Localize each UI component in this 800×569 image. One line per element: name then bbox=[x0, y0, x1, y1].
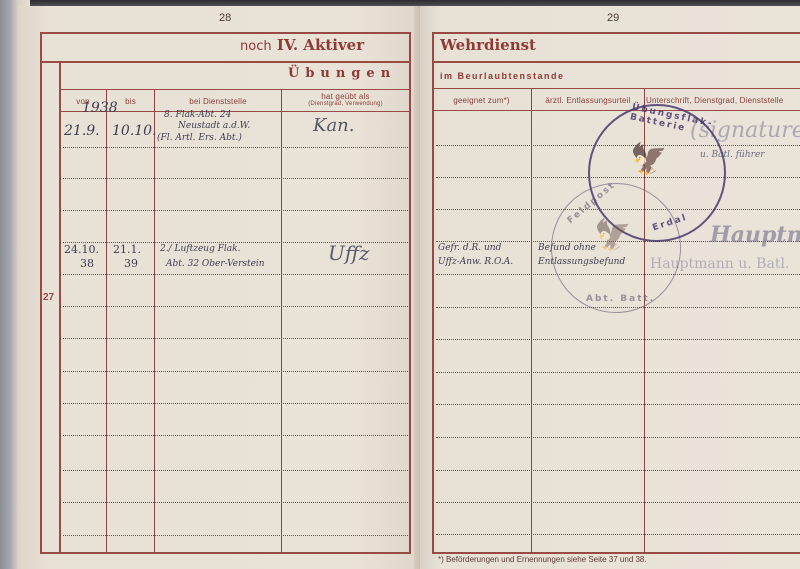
left-page-number: 28 bbox=[219, 12, 231, 24]
col-line-geeignet-urteil bbox=[531, 88, 532, 553]
eagle-icon: 🦅 bbox=[630, 142, 667, 177]
entry2-dienststelle-line1: 2./ Luftzeug Flak. bbox=[160, 244, 241, 255]
header-dienststelle: bei Dienststelle bbox=[155, 97, 281, 106]
header-hat-geuebt-als-sublabel: (Dienstgrad, Verwendung) bbox=[282, 101, 409, 108]
entry1-bis: 10.10. bbox=[112, 126, 157, 137]
row-line bbox=[63, 435, 408, 436]
left-margin-line bbox=[59, 61, 61, 553]
row-line bbox=[63, 306, 408, 307]
row-line bbox=[436, 502, 800, 503]
right-title-divider bbox=[432, 61, 800, 63]
row-line bbox=[436, 437, 800, 438]
entry1-dienststelle-line2: Neustadt a.d.W. bbox=[178, 121, 250, 132]
entry1-dienststelle-line3: (Fl. Artl. Ers. Abt.) bbox=[157, 133, 242, 144]
entry2-hat-geuebt-als: Uffz bbox=[328, 248, 370, 259]
row-line bbox=[436, 372, 800, 373]
row-line bbox=[436, 534, 800, 535]
header-unterschrift: Unterschrift, Dienstgrad, Dienststelle bbox=[646, 96, 800, 105]
entry2-bis-date: 21.1. bbox=[113, 244, 141, 255]
right-header-divider bbox=[432, 110, 800, 111]
left-title: noch IV. Aktiver bbox=[240, 36, 364, 54]
entry1-dienststelle-line1: 8. Flak-Abt. 24 bbox=[164, 110, 231, 121]
eagle-icon: 🦅 bbox=[594, 218, 631, 253]
row-line bbox=[63, 371, 408, 372]
row-line bbox=[63, 338, 408, 339]
header-geeignet-zum: geeignet zum*) bbox=[432, 96, 531, 105]
row-line bbox=[63, 403, 408, 404]
entry2-bis-year: 39 bbox=[124, 258, 138, 269]
row-line bbox=[436, 404, 800, 405]
row-line bbox=[63, 470, 408, 471]
entry2-signature: Hauptmann bbox=[710, 222, 800, 248]
entry2-von-year: 38 bbox=[80, 258, 94, 269]
row-line bbox=[63, 535, 408, 536]
section-beurlaubtenstande: im Beurlaubtenstande bbox=[440, 71, 565, 81]
entry1-hat-geuebt-als: Kan. bbox=[313, 120, 355, 131]
title-prefix: noch bbox=[240, 39, 272, 54]
stamp-lower-text-bottom: Abt. Batt. bbox=[586, 294, 655, 304]
entry2-geeignet-line1: Gefr. d.R. und bbox=[438, 243, 501, 254]
entry2-dienststelle-line2: Abt. 32 Ober-Verstein bbox=[166, 259, 265, 270]
header-hat-geuebt-als: hat geübt als (Dienstgrad, Verwendung) bbox=[282, 92, 409, 108]
footnote: *) Beförderungen und Ernennungen siehe S… bbox=[438, 555, 647, 564]
right-title: Wehrdienst bbox=[440, 36, 536, 54]
row-line bbox=[436, 339, 800, 340]
section-uebungen: Übungen bbox=[288, 66, 396, 81]
left-title-divider bbox=[40, 61, 411, 63]
header-entlassungsurteil: ärztl. Entlassungsurteil bbox=[532, 96, 644, 105]
row-line bbox=[63, 178, 408, 179]
header-hat-geuebt-als-label: hat geübt als bbox=[321, 92, 369, 101]
left-section-divider bbox=[60, 89, 411, 90]
entry2-von-date: 24.10. bbox=[64, 244, 99, 255]
row-line bbox=[63, 210, 408, 211]
entry2-geeignet-line2: Uffz-Anw. R.O.A. bbox=[438, 257, 513, 268]
row-line bbox=[63, 502, 408, 503]
title-main: IV. Aktiver bbox=[277, 36, 364, 54]
row-line bbox=[63, 274, 408, 275]
row-line bbox=[63, 147, 408, 148]
margin-page-ref: 27 bbox=[43, 292, 54, 303]
row-line bbox=[436, 470, 800, 471]
col-line-dienststelle-geuebt bbox=[281, 89, 282, 553]
right-section-divider bbox=[432, 88, 800, 89]
entry1-year: 1938 bbox=[82, 103, 118, 114]
right-page-number: 29 bbox=[607, 12, 619, 24]
col-line-von-bis bbox=[106, 89, 107, 553]
col-line-bis-dienststelle bbox=[154, 89, 155, 553]
entry1-von: 21.9. bbox=[64, 126, 100, 137]
unit-stamp-lower: Feldpost Abt. Batt. 🦅 bbox=[551, 183, 681, 313]
